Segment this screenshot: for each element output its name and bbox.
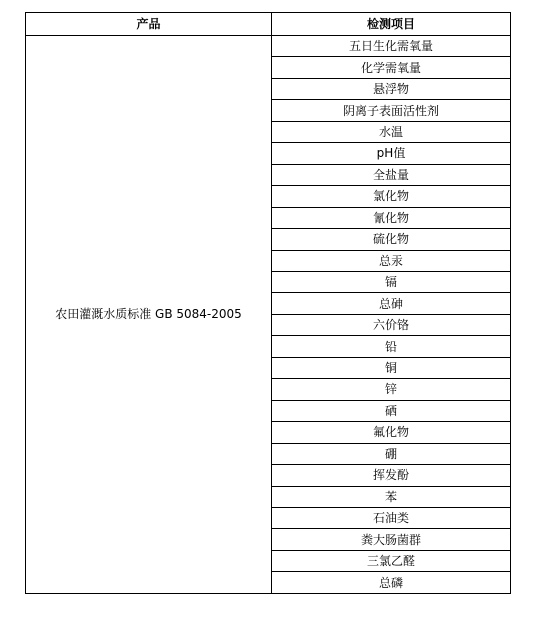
test-item-cell: 粪大肠菌群	[272, 529, 511, 550]
test-item-cell: 挥发酚	[272, 465, 511, 486]
test-item-cell: 悬浮物	[272, 78, 511, 99]
test-item-cell: 水温	[272, 121, 511, 142]
test-item-cell: 锌	[272, 379, 511, 400]
test-item-cell: 总砷	[272, 293, 511, 314]
test-item-cell: 硫化物	[272, 229, 511, 250]
table-row: 农田灌溉水质标准 GB 5084-2005 五日生化需氧量	[26, 36, 511, 57]
test-item-cell: 五日生化需氧量	[272, 36, 511, 57]
table-body: 农田灌溉水质标准 GB 5084-2005 五日生化需氧量 化学需氧量 悬浮物 …	[26, 36, 511, 594]
test-item-cell: 全盐量	[272, 164, 511, 185]
test-item-cell: 三氯乙醛	[272, 550, 511, 571]
test-item-cell: 石油类	[272, 507, 511, 528]
test-item-cell: 硼	[272, 443, 511, 464]
test-item-cell: 六价铬	[272, 314, 511, 335]
header-test-items: 检测项目	[272, 13, 511, 36]
test-item-cell: 铜	[272, 357, 511, 378]
test-item-cell: 苯	[272, 486, 511, 507]
test-items-table: 产品 检测项目 农田灌溉水质标准 GB 5084-2005 五日生化需氧量 化学…	[25, 12, 511, 594]
test-item-cell: 化学需氧量	[272, 57, 511, 78]
product-cell: 农田灌溉水质标准 GB 5084-2005	[26, 36, 272, 594]
header-product: 产品	[26, 13, 272, 36]
test-item-cell: 镉	[272, 271, 511, 292]
test-item-cell: 硒	[272, 400, 511, 421]
test-item-cell: 阴离子表面活性剂	[272, 100, 511, 121]
test-item-cell: 总汞	[272, 250, 511, 271]
test-item-cell: 铅	[272, 336, 511, 357]
test-item-cell: pH值	[272, 143, 511, 164]
test-item-cell: 氯化物	[272, 186, 511, 207]
test-item-cell: 氰化物	[272, 207, 511, 228]
test-item-cell: 氟化物	[272, 422, 511, 443]
table-header-row: 产品 检测项目	[26, 13, 511, 36]
test-item-cell: 总磷	[272, 572, 511, 593]
